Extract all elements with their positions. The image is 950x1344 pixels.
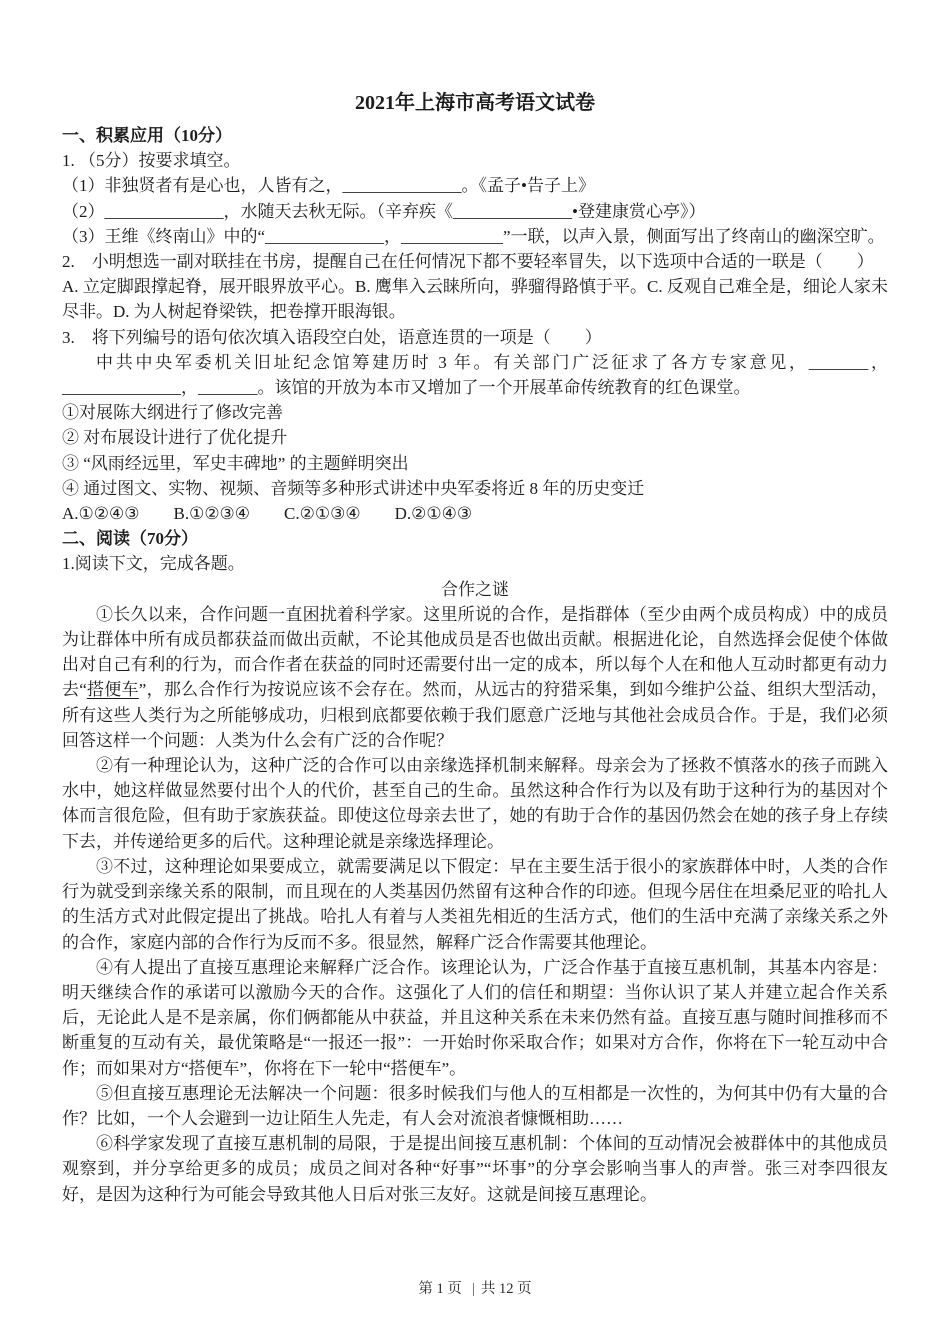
q3-item-2: ② 对布展设计进行了优化提升 — [62, 425, 888, 450]
essay-paragraph-3: ③不过，这种理论如果要成立，就需要满足以下假定：早在主要生活于很小的家族群体中时… — [62, 854, 888, 955]
underlined-term-hitchhike: 搭便车 — [87, 680, 139, 699]
q3-item-4: ④ 通过图文、实物、视频、音频等多种形式讲述中央军委将近 8 年的历史变迁 — [62, 476, 888, 501]
exam-document-page: 2021年上海市高考语文试卷 一、积累应用（10分） 1. （5分）按要求填空。… — [0, 0, 950, 1207]
essay-paragraph-5: ⑤但直接互惠理论无法解决一个问题：很多时候我们与他人的互相都是一次性的，为何其中… — [62, 1081, 888, 1131]
section-reading-heading: 二、阅读（70分） — [62, 526, 888, 551]
page-title: 2021年上海市高考语文试卷 — [62, 90, 888, 116]
footer-page-number: 第 1 页 — [418, 1281, 462, 1297]
q3-item-1: ①对展陈大纲进行了修改完善 — [62, 400, 888, 425]
q3-stem: 3. 将下列编号的语句依次填入语段空白处，语意连贯的一项是（ ） — [62, 325, 888, 350]
essay-paragraph-6: ⑥科学家发现了直接互惠机制的局限，于是提出间接互惠机制：个体间的互动情况会被群体… — [62, 1131, 888, 1207]
q3-passage: 中共中央军委机关旧址纪念馆筹建历时 3 年。有关部门广泛征求了各方专家意见，__… — [62, 350, 888, 400]
essay-paragraph-4: ④有人提出了直接互惠理论来解释广泛合作。该理论认为，广泛合作基于直接互惠机制，其… — [62, 955, 888, 1081]
q2-stem: 2. 小明想选一副对联挂在书房，提醒自己在任何情况下都不要轻率冒失，以下选项中合… — [62, 249, 888, 274]
q3-choices: A.①②④③ B.①②③④ C.②①③④ D.②①④③ — [62, 501, 888, 526]
reading-intro: 1.阅读下文，完成各题。 — [62, 551, 888, 576]
section-accumulation-heading: 一、积累应用（10分） — [62, 123, 888, 148]
essay-paragraph-1-text-after: ”，那么合作行为按说应该不会存在。然而，从远古的狩猎采集，到如今维护公益、组织大… — [62, 680, 888, 749]
footer-total-pages: 共 12 页 — [481, 1281, 532, 1297]
footer-separator: | — [472, 1281, 475, 1297]
q1-item-1: （1）非独贤者有是心也，人皆有之，______________。《孟子•告子上》 — [62, 173, 888, 198]
q3-item-3: ③ “风雨经远里，军史丰碑地” 的主题鲜明突出 — [62, 451, 888, 476]
q1-stem: 1. （5分）按要求填空。 — [62, 148, 888, 173]
essay-title: 合作之谜 — [62, 577, 888, 602]
page-footer: 第 1 页|共 12 页 — [0, 1277, 950, 1298]
q1-item-3: （3）王维《终南山》中的“______________，____________… — [62, 224, 888, 249]
essay-paragraph-2: ②有一种理论认为，这种广泛的合作可以由亲缘选择机制来解释。母亲会为了拯救不慎落水… — [62, 753, 888, 854]
essay-paragraph-1: ①长久以来，合作问题一直困扰着科学家。这里所说的合作，是指群体（至少由两个成员构… — [62, 602, 888, 753]
q2-options: A. 立定脚跟撑起脊，展开眼界放平心。B. 鹰隼入云睐所向，骅骝得路慎于平。C.… — [62, 274, 888, 324]
q1-item-2: （2）______________，水随天去秋无际。（辛弃疾《_________… — [62, 199, 888, 224]
